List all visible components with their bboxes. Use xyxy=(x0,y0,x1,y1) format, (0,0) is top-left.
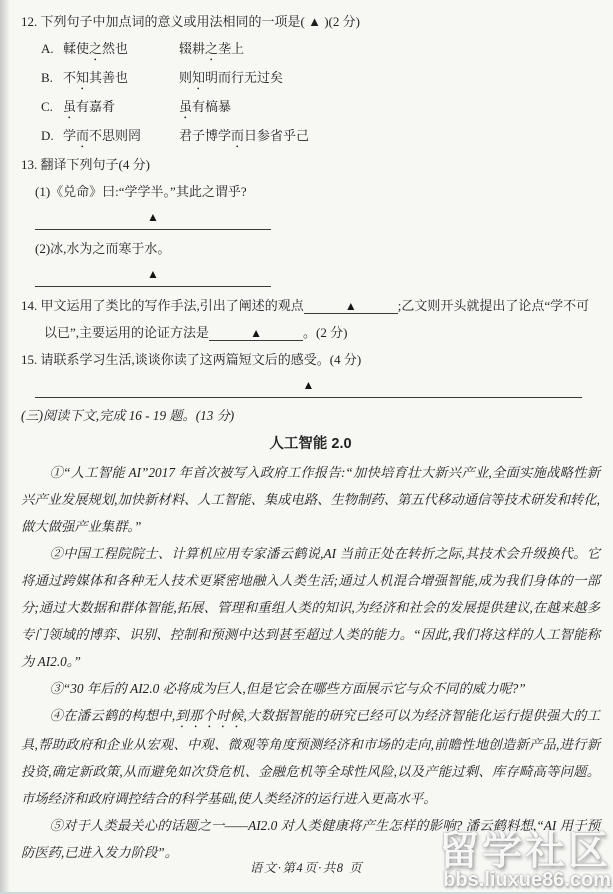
passage-text: ④在潘云鹤的构想中, xyxy=(50,708,176,723)
question-13-text: 翻译下列句子(4 分) xyxy=(41,157,150,172)
option-text: 其善也 xyxy=(89,70,128,85)
option-text: 日参省乎己 xyxy=(244,128,309,143)
question-15-text: 请联系学习生活,谈谈你读了这两篇短文后的感受。(4 分) xyxy=(41,352,362,367)
option-left-phrase: 虽有嘉肴 xyxy=(63,93,179,122)
exam-paper-page: 12. 下列句子中加点词的意义或用法相同的一项是( ▲ )(2 分) A.輮使之… xyxy=(0,0,613,894)
option-text-emphasized: 而 xyxy=(231,128,244,143)
option-text: 君子博学 xyxy=(179,128,231,143)
option-left-phrase: 学而不思则罔 xyxy=(63,122,179,151)
option-row: C.虽有嘉肴虽有槁暴 xyxy=(41,93,600,122)
answer-marker: ▲ xyxy=(250,326,262,340)
option-text-emphasized: 而 xyxy=(76,128,89,143)
answer-blank-1: ▲ xyxy=(304,299,398,314)
option-label: D. xyxy=(41,122,63,149)
passage-text: ⑤对于人类最关心的话题之一——AI2.0 对人类健康将产生怎样的影响? 潘云鹤料… xyxy=(21,818,600,860)
answer-line-1: ▲ xyxy=(35,209,271,230)
option-text-emphasized: 知 xyxy=(192,70,205,85)
option-text: 不思则罔 xyxy=(89,128,141,143)
option-text-emphasized: 之 xyxy=(205,41,218,56)
question-12-stem: 12. 下列句子中加点词的意义或用法相同的一项是( ▲ )(2 分) xyxy=(21,8,600,35)
passage-paragraph: ①“人工智能 AI”2017 年首次被写入政府工作报告:“加快培育壮大新兴产业,… xyxy=(21,459,600,540)
option-text: 有槁暴 xyxy=(192,99,231,114)
question-12-text: 下列句子中加点词的意义或用法相同的一项是( ▲ )(2 分) xyxy=(41,14,360,29)
question-13-number: 13. xyxy=(21,157,37,172)
question-14-number: 14. xyxy=(21,298,37,313)
option-right-phrase: 辍耕之垄上 xyxy=(179,41,244,56)
option-label: A. xyxy=(41,35,63,62)
option-row: D.学而不思则罔君子博学而日参省乎己 xyxy=(41,122,600,151)
passage-text: ③“30 年后的 AI2.0 必将成为巨人,但是它会在哪些方面展示它与众不同的威… xyxy=(50,681,526,696)
option-text-emphasized: 虽 xyxy=(63,99,76,114)
answer-marker: ▲ xyxy=(303,378,315,392)
question-12-number: 12. xyxy=(21,14,37,29)
option-text: 輮使 xyxy=(63,41,89,56)
question-15-number: 15. xyxy=(21,352,37,367)
option-left-phrase: 輮使之然也 xyxy=(63,35,179,64)
translation-part-1: (1)《兑命》曰:“学学半。”其此之谓乎? xyxy=(35,178,600,205)
option-text: 垄上 xyxy=(218,41,244,56)
question-14: 14. 甲文运用了类比的写作手法,引出了阐述的观点▲;乙文则开头就提出了论点“学… xyxy=(21,292,600,346)
question-14-text-c: 。(2 分) xyxy=(303,325,347,340)
option-row: B.不知其善也则知明而行无过矣 xyxy=(41,64,600,93)
passage-text: ①“人工智能 AI”2017 年首次被写入政府工作报告:“加快培育壮大新兴产业,… xyxy=(21,465,600,534)
translation-part-2: (2)冰,水为之而寒于水。 xyxy=(35,235,600,262)
passage-paragraph: ④在潘云鹤的构想中,到那个时候,大数据智能的研究已经可以为经济智能化运行提供强大… xyxy=(21,702,600,812)
option-label: C. xyxy=(41,93,63,120)
option-row: A.輮使之然也辍耕之垄上 xyxy=(41,35,600,64)
part-1-text: 《兑命》曰:“学学半。”其此之谓乎? xyxy=(50,184,246,199)
passage-title: 人工智能 2.0 xyxy=(21,432,600,457)
answer-line-2: ▲ xyxy=(35,266,271,287)
question-15-stem: 15. 请联系学习生活,谈谈你读了这两篇短文后的感受。(4 分) xyxy=(21,346,600,373)
option-text: 不 xyxy=(63,70,76,85)
option-text: 有嘉肴 xyxy=(76,99,115,114)
answer-marker: ▲ xyxy=(147,210,159,224)
option-right-phrase: 则知明而行无过矣 xyxy=(179,70,283,85)
option-left-phrase: 不知其善也 xyxy=(63,64,179,93)
option-right-phrase: 虽有槁暴 xyxy=(179,99,231,114)
answer-marker: ▲ xyxy=(147,267,159,281)
answer-marker: ▲ xyxy=(345,299,357,313)
passage-text-emphasized: 到那个时候 xyxy=(175,708,243,723)
option-text-emphasized: 之 xyxy=(89,41,102,56)
question-12-options: A.輮使之然也辍耕之垄上B.不知其善也则知明而行无过矣C.虽有嘉肴虽有槁暴D.学… xyxy=(21,35,600,151)
option-text-emphasized: 知 xyxy=(76,70,89,85)
question-13-stem: 13. 翻译下列句子(4 分) xyxy=(21,151,600,178)
option-text: 辍耕 xyxy=(179,41,205,56)
answer-blank-2: ▲ xyxy=(209,326,303,341)
option-text: 然也 xyxy=(102,41,128,56)
section-3-heading: (三)阅读下文,完成 16 - 19 题。(13 分) xyxy=(21,403,600,429)
passage-text: ②中国工程院院士、计算机应用专家潘云鹤说,AI 当前正处在转折之际,其技术会升级… xyxy=(21,546,600,669)
option-text-emphasized: 虽 xyxy=(179,99,192,114)
option-text: 学 xyxy=(63,128,76,143)
passage-paragraph: ②中国工程院院士、计算机应用专家潘云鹤说,AI 当前正处在转折之际,其技术会升级… xyxy=(21,540,600,675)
part-2-label: (2) xyxy=(35,241,50,256)
part-1-label: (1) xyxy=(35,184,50,199)
passage-body: ①“人工智能 AI”2017 年首次被写入政府工作报告:“加快培育壮大新兴产业,… xyxy=(21,459,600,866)
question-14-text-a: 甲文运用了类比的写作手法,引出了阐述的观点 xyxy=(41,298,304,313)
option-text: 明而行无过矣 xyxy=(205,70,283,85)
answer-line-3: ▲ xyxy=(35,377,582,398)
part-2-text: 冰,水为之而寒于水。 xyxy=(50,241,170,256)
option-right-phrase: 君子博学而日参省乎己 xyxy=(179,128,309,143)
page-content: 12. 下列句子中加点词的意义或用法相同的一项是( ▲ )(2 分) A.輮使之… xyxy=(0,0,613,866)
option-label: B. xyxy=(41,64,63,91)
page-footer: 语文·第4页·共8 页 xyxy=(0,858,613,876)
passage-paragraph: ③“30 年后的 AI2.0 必将成为巨人,但是它会在哪些方面展示它与众不同的威… xyxy=(21,675,600,702)
option-text: 则 xyxy=(179,70,192,85)
